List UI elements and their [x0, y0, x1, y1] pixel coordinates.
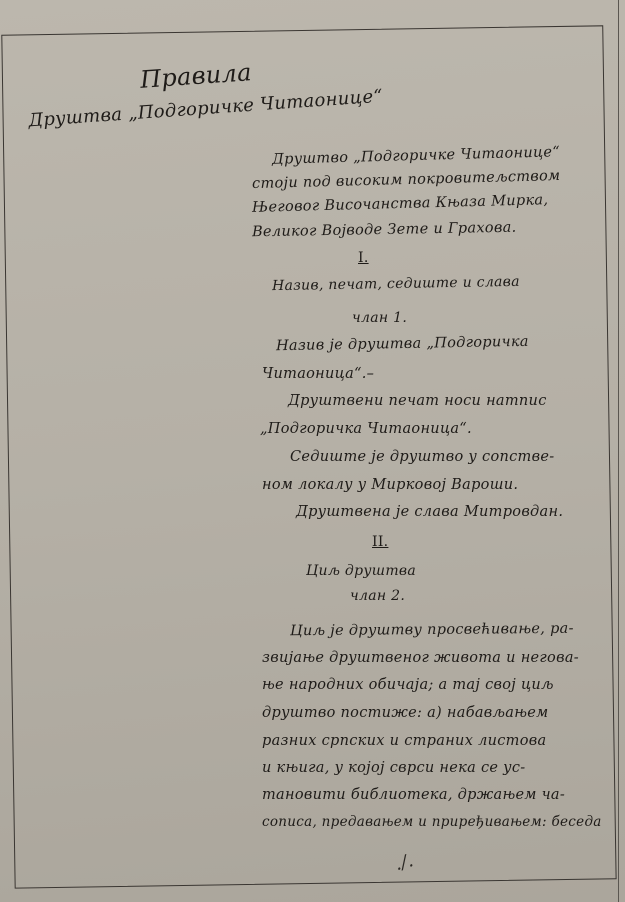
paragraph-line: звијање друштвеног живота и неговa- — [262, 650, 579, 666]
paragraph-line: сописа, предавањем и приређивањем: бесед… — [262, 814, 602, 830]
paragraph-line: Циљ је друштву просвећивање, ра- — [290, 621, 574, 639]
section-1-number: I. — [358, 250, 369, 266]
paragraph-line: Читаоница“.– — [262, 366, 374, 382]
paragraph-line: Седиште је друштво у сопстве- — [290, 449, 554, 465]
paragraph-line: друштво постиже: а) набављањем — [262, 705, 548, 721]
paragraph-line: Друштвена је слава Митровдан. — [296, 504, 563, 520]
paragraph-line: и књига, у којој сврси нека се ус- — [262, 760, 526, 776]
paragraph-line: Друштвени печат носи натпис — [288, 393, 547, 409]
binding-edge-line — [618, 0, 619, 902]
document-page: Правила Друштва „Подгоричке Читаонице“ Д… — [0, 0, 625, 902]
paragraph-line: тановити библиотека, држањем ча- — [262, 787, 565, 803]
section-2-heading: Циљ друштва — [306, 563, 416, 579]
paragraph-line: разних српских и страних листова — [262, 733, 546, 749]
paragraph-line: „Подгоричка Читаоница“. — [260, 421, 472, 437]
section-2-article: члан 2. — [350, 588, 405, 604]
paragraph-line: ње народних обичаја; а тај свој циљ — [262, 677, 554, 693]
section-1-article: члан 1. — [352, 310, 407, 326]
section-2-number: II. — [372, 534, 388, 550]
paragraph-line: ном локалу у Мирковој Вароши. — [262, 477, 518, 493]
